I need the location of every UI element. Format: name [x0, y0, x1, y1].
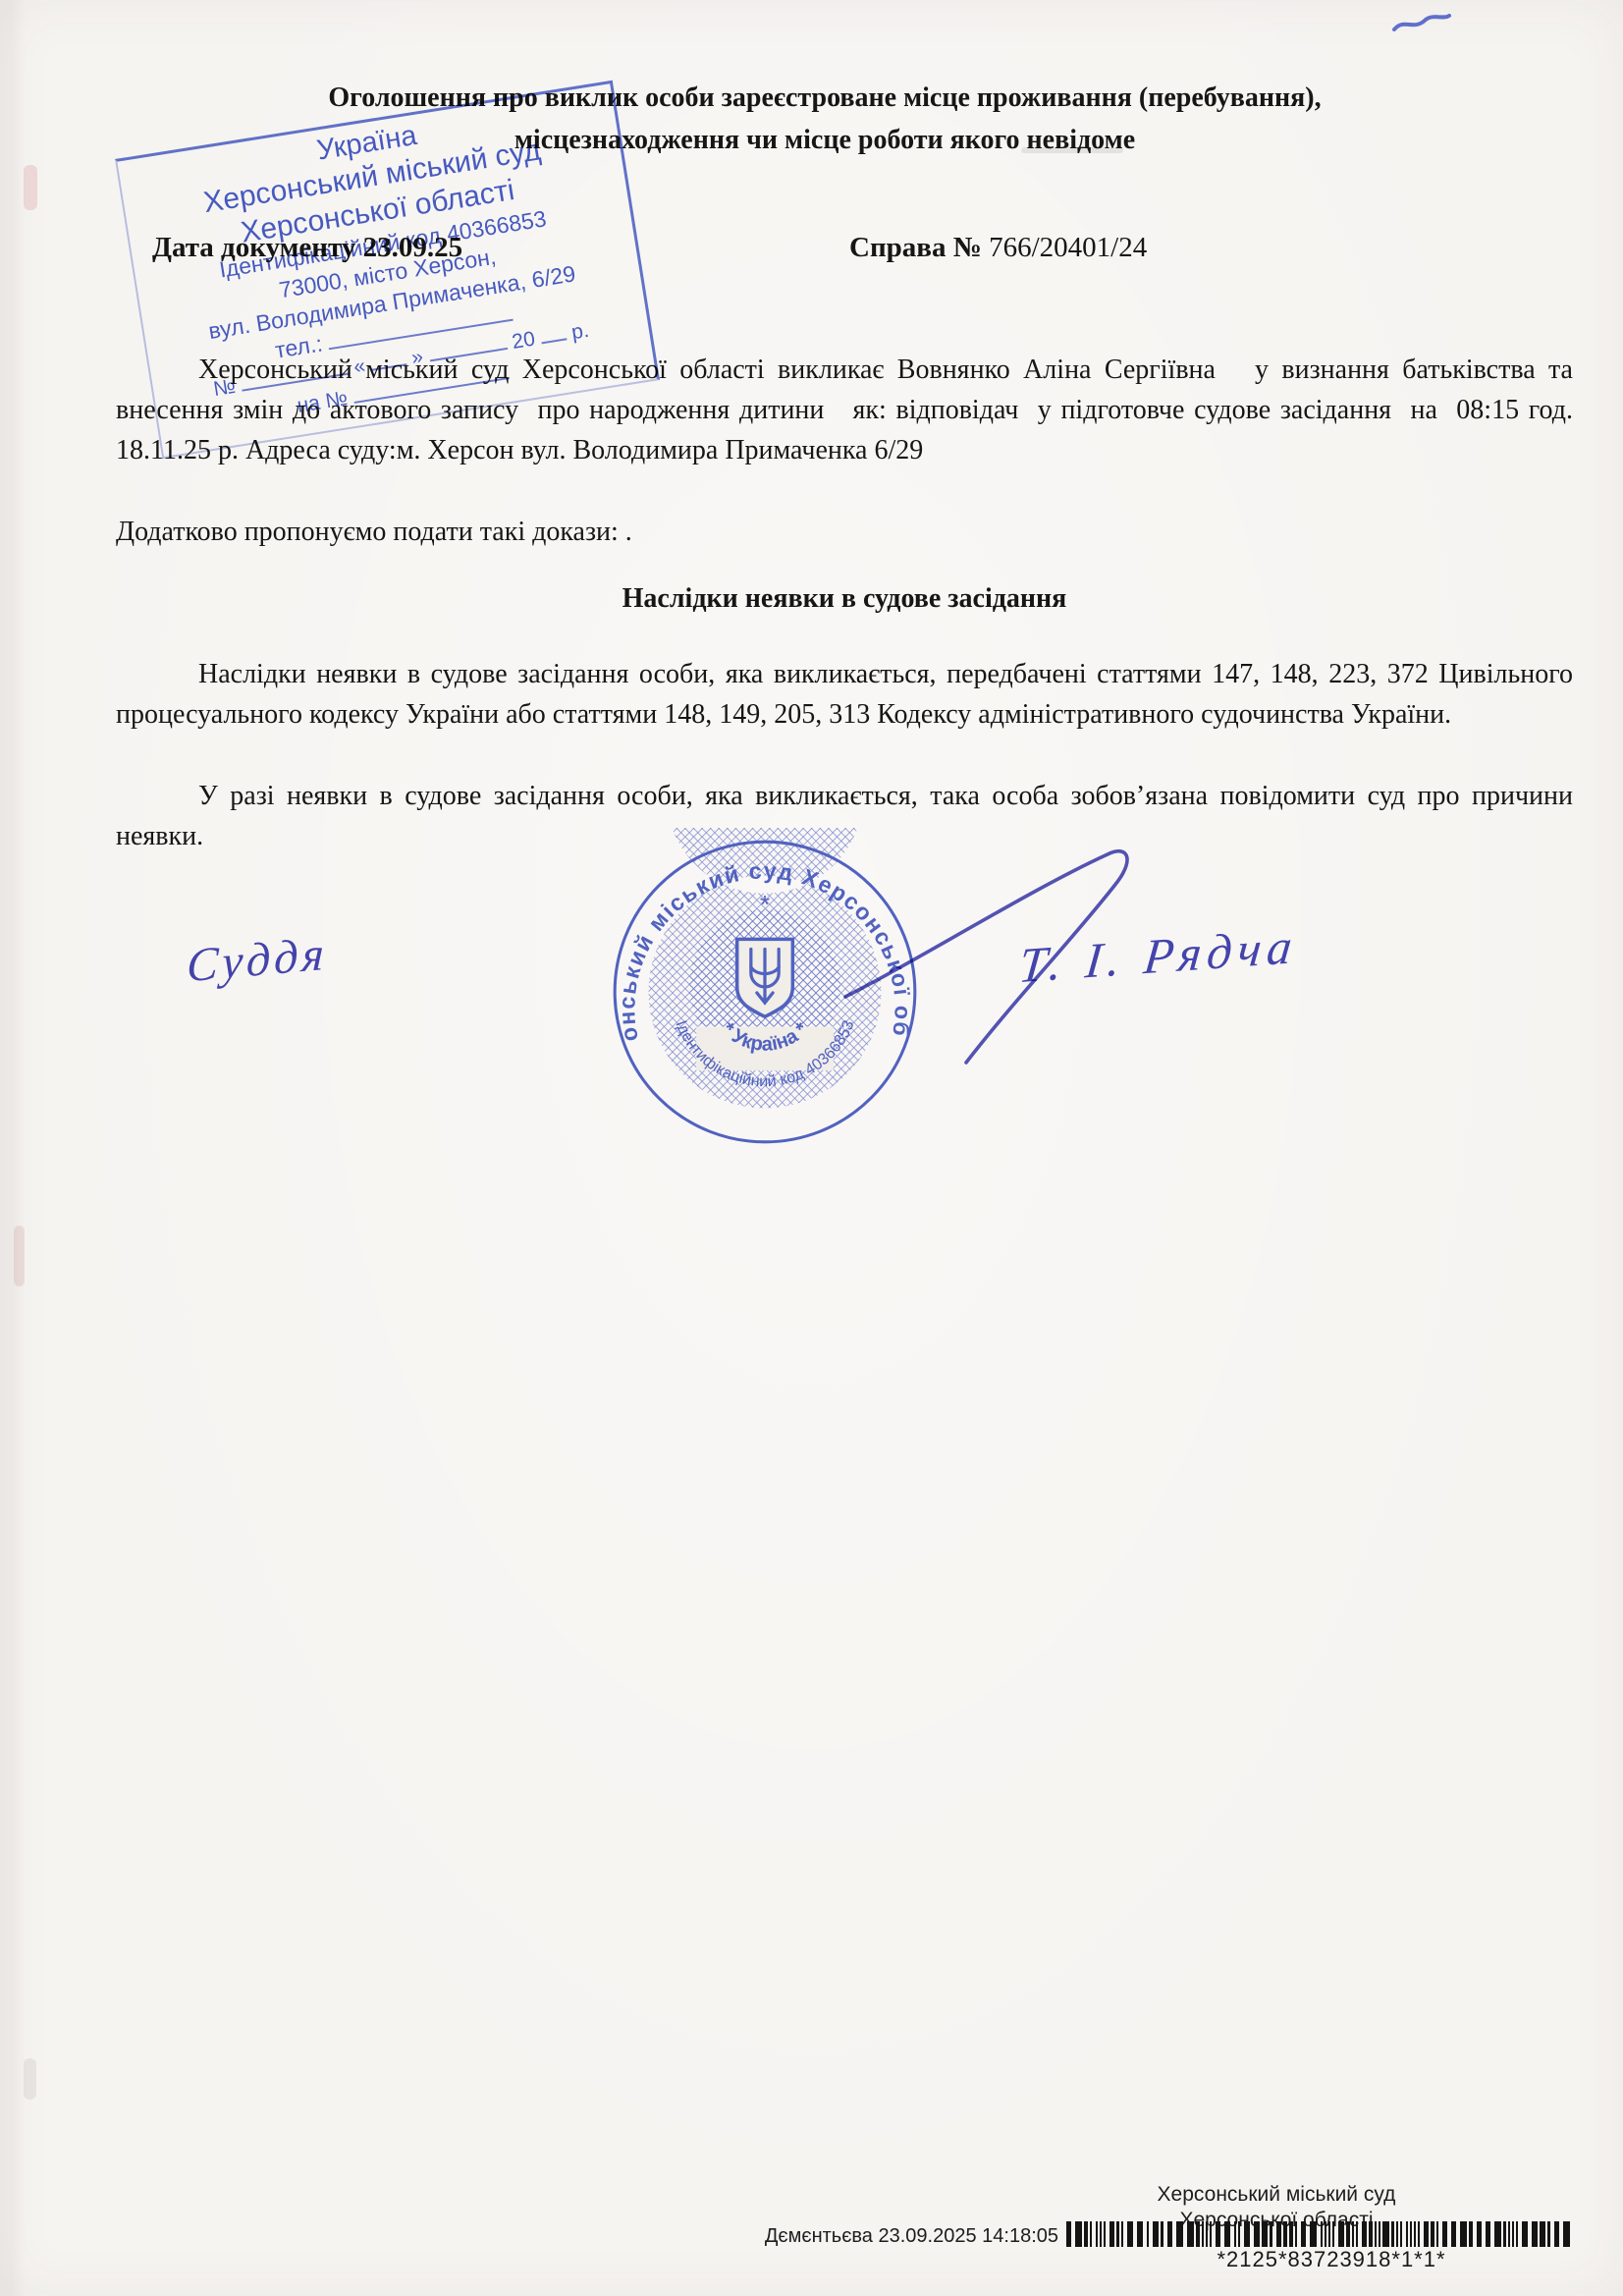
case-number: 766/20401/24	[989, 232, 1147, 263]
case-number-line: Справа № 766/20401/24	[849, 232, 1147, 264]
document-title-line1: Оголошення про виклик особи зареєстрован…	[167, 77, 1483, 119]
section-heading: Наслідки неявки в судове засідання	[116, 583, 1573, 615]
stamp-year-blank	[539, 321, 568, 345]
date-value: 23.09.25	[363, 232, 463, 263]
footer-operator-timestamp: Дємєнтьєва 23.09.2025 14:18:05	[742, 2225, 1058, 2248]
scan-artifact	[24, 2058, 36, 2100]
barcode	[1066, 2221, 1596, 2247]
trident-shield-icon	[737, 939, 793, 1016]
document-title: Оголошення про виклик особи зареєстрован…	[167, 77, 1483, 161]
footer-court-line1: Херсонський міський суд	[1041, 2182, 1512, 2208]
scan-artifact	[14, 1226, 25, 1286]
judge-label-handwriting: Суддя	[186, 926, 329, 993]
additional-evidence-line: Додатково пропонуємо подати такі докази:…	[116, 512, 1573, 552]
case-label: Справа №	[849, 232, 982, 263]
stamp-year-suffix: р.	[569, 319, 590, 344]
scan-artifact	[24, 165, 37, 210]
document-date: Дата документу 23.09.25	[152, 232, 462, 264]
scanned-court-document: Оголошення про виклик особи зареєстрован…	[0, 0, 1623, 2296]
barcode-caption: *2125*83723918*1*1*	[1100, 2247, 1563, 2272]
pen-flourish	[831, 835, 1164, 1110]
date-label: Дата документу	[152, 232, 355, 263]
seal-top-star: *	[760, 890, 770, 919]
summons-paragraph: Херсонський міський суд Херсонської обла…	[116, 350, 1573, 470]
consequences-paragraph: Наслідки неявки в судове засідання особи…	[116, 654, 1573, 735]
document-title-line2: місцезнаходження чи місце роботи якого н…	[167, 119, 1483, 161]
ink-mark-artifact	[1386, 6, 1457, 41]
